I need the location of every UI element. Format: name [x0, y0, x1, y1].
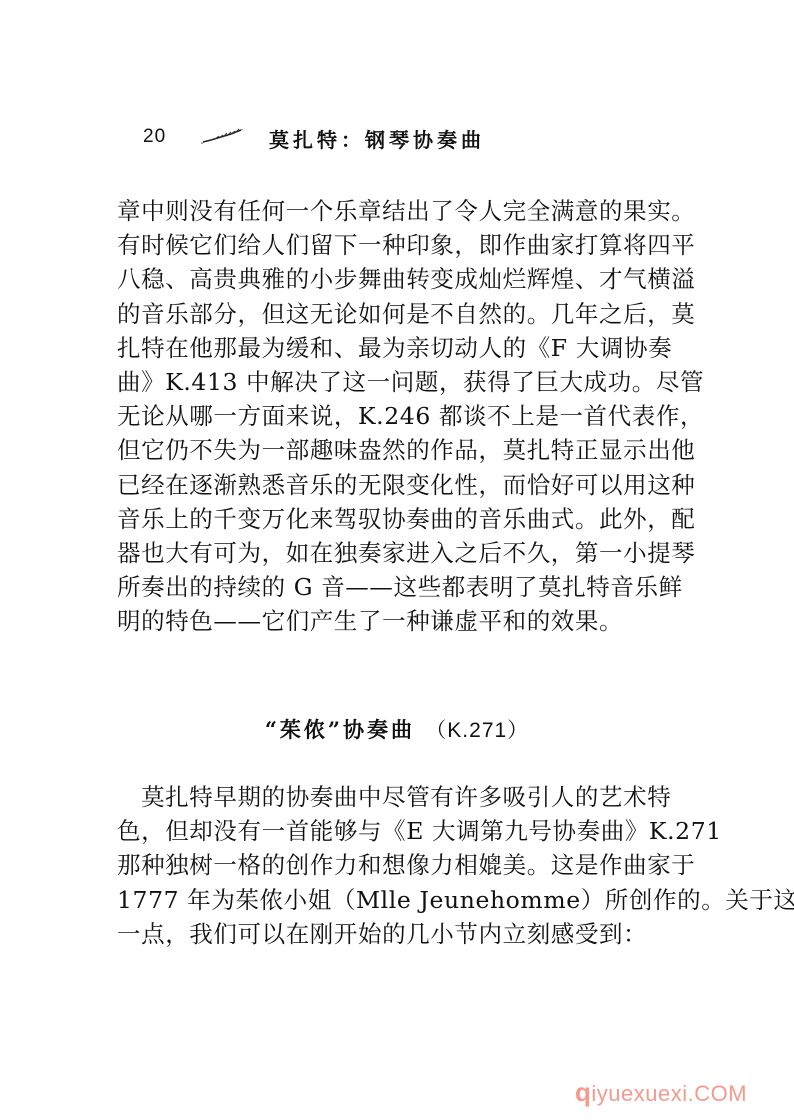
text-line: 所奏出的持续的 G 音——这些都表明了莫扎特音乐鲜 [117, 570, 687, 604]
watermark-text: iyuexuexi.COM [591, 1081, 747, 1106]
text-line: 八稳、高贵典雅的小步舞曲转变成灿烂辉煌、才气横溢 [117, 262, 687, 296]
text-line: 一点，我们可以在刚开始的几小节内立刻感受到： [117, 917, 687, 951]
book-title: 莫扎特：钢琴协奏曲 [269, 124, 485, 153]
text-line: 有时候它们给人们留下一种印象，即作曲家打算将四平 [117, 228, 687, 262]
site-watermark: qiyuexuexi.COM [575, 1077, 747, 1108]
page-number: 20 [143, 126, 166, 148]
text-line: 但它仍不失为一部趣味盎然的作品，莫扎特正显示出他 [117, 433, 687, 467]
text-line: 明的特色——它们产生了一种谦虚平和的效果。 [117, 604, 687, 638]
text-line: 器也大有可为，如在独奏家进入之后不久，第一小提琴 [117, 536, 687, 570]
text-line: 已经在逐渐熟悉音乐的无限变化性，而恰好可以用这种 [117, 468, 687, 502]
text-line: 曲》K.413 中解决了这一问题，获得了巨大成功。尽管 [117, 365, 687, 399]
section-catalog-number: （K.271） [425, 719, 529, 742]
watermark-q-glyph: q [575, 1077, 591, 1107]
section-title: “茱侬”协奏曲 [265, 717, 415, 742]
section-heading: “茱侬”协奏曲 （K.271） [0, 714, 794, 744]
text-line: 无论从哪一方面来说，K.246 都谈不上是一首代表作， [117, 399, 687, 433]
text-line: 章中则没有任何一个乐章结出了令人完全满意的果实。 [117, 194, 687, 228]
text-line: 那种独树一格的创作力和想像力相媲美。这是作曲家于 [117, 848, 687, 882]
text-line: 的音乐部分，但这无论如何是不自然的。几年之后，莫 [117, 297, 687, 331]
text-line: 色，但却没有一首能够与《E 大调第九号协奏曲》K.271 [117, 814, 687, 848]
body-paragraph-2: 莫扎特早期的协奏曲中尽管有许多吸引人的艺术特 色，但却没有一首能够与《E 大调第… [117, 780, 687, 951]
text-line: 扎特在他那最为缓和、最为亲切动人的《F 大调协奏 [117, 331, 687, 365]
text-line: 音乐上的千变万化来驾驭协奏曲的音乐曲式。此外，配 [117, 502, 687, 536]
text-line: 1777 年为茱侬小姐（Mlle Jeunehomme）所创作的。关于这 [117, 883, 687, 917]
body-paragraph-1: 章中则没有任何一个乐章结出了令人完全满意的果实。 有时候它们给人们留下一种印象，… [117, 194, 687, 639]
running-head: 20 莫扎特：钢琴协奏曲 [143, 124, 503, 154]
feather-ornament-icon [201, 128, 245, 144]
text-line: 莫扎特早期的协奏曲中尽管有许多吸引人的艺术特 [117, 780, 687, 814]
